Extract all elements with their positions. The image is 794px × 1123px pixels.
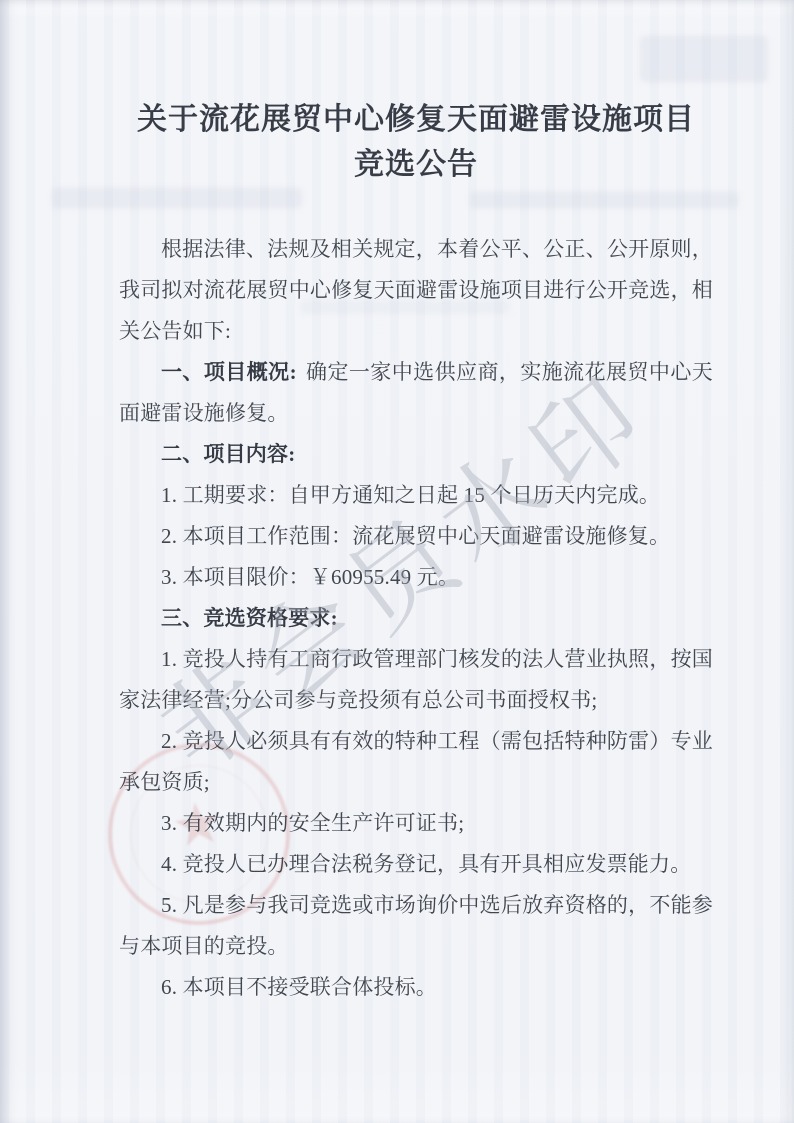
- section-3-heading-row: 三、竞选资格要求:: [119, 598, 713, 639]
- section-2-heading: 二、项目内容:: [161, 442, 295, 466]
- list-item-license: 1. 竞投人持有工商行政管理部门核发的法人营业执照，按国家法律经营;分公司参与竞…: [119, 639, 713, 721]
- list-item-no-consortium: 6. 本项目不接受联合体投标。: [119, 967, 713, 1008]
- list-item-qualification: 2. 竞投人必须具有有效的特种工程（需包括特种防雷）专业承包资质;: [119, 721, 713, 803]
- document-content: 关于流花展贸中心修复天面避雷设施项目 竞选公告 根据法律、法规及相关规定，本着公…: [119, 0, 713, 1008]
- scanned-document-page: ★ 关于流花展贸中心修复天面避雷设施项目 竞选公告 根据法律、法规及相关规定，本…: [0, 0, 794, 1123]
- list-item-abandon-rule: 5. 凡是参与我司竞选或市场询价中选后放弃资格的，不能参与本项目的竞投。: [119, 885, 713, 967]
- list-item-safety-cert: 3. 有效期内的安全生产许可证书;: [119, 803, 713, 844]
- section-2-heading-row: 二、项目内容:: [119, 434, 713, 475]
- section-3-heading: 三、竞选资格要求:: [161, 606, 338, 630]
- title-line-2: 竞选公告: [119, 142, 713, 187]
- section-1-heading: 一、项目概况:: [161, 360, 297, 384]
- list-item-duration: 1. 工期要求：自甲方通知之日起 15 个日历天内完成。: [119, 475, 713, 516]
- document-title: 关于流花展贸中心修复天面避雷设施项目 竞选公告: [119, 0, 713, 187]
- title-line-1: 关于流花展贸中心修复天面避雷设施项目: [119, 97, 713, 142]
- list-item-price-limit: 3. 本项目限价：￥60955.49 元。: [119, 557, 713, 598]
- list-item-tax: 4. 竞投人已办理合法税务登记，具有开具相应发票能力。: [119, 844, 713, 885]
- intro-paragraph: 根据法律、法规及相关规定，本着公平、公正、公开原则，我司拟对流花展贸中心修复天面…: [119, 229, 713, 352]
- list-item-scope: 2. 本项目工作范围：流花展贸中心天面避雷设施修复。: [119, 516, 713, 557]
- section-1-paragraph: 一、项目概况:确定一家中选供应商，实施流花展贸中心天面避雷设施修复。: [119, 352, 713, 434]
